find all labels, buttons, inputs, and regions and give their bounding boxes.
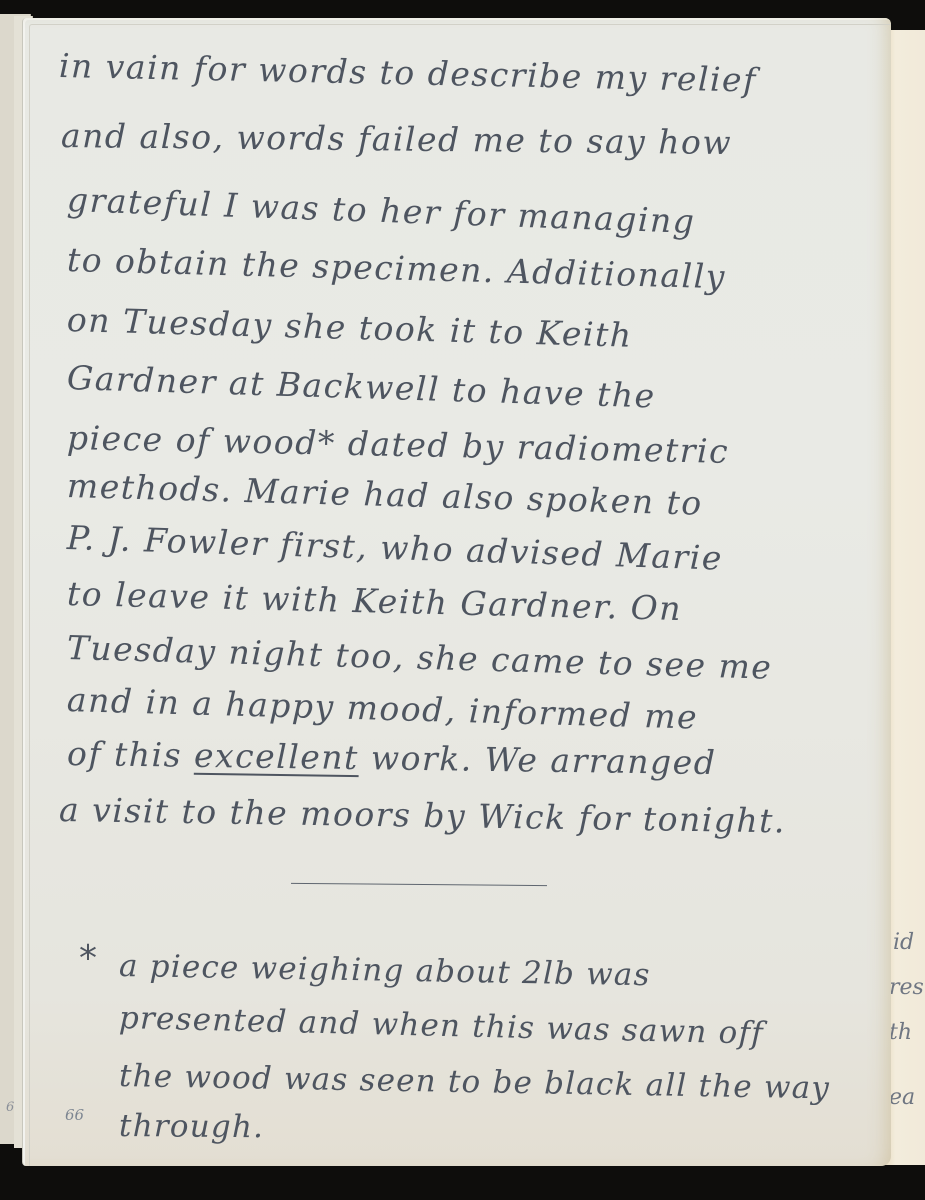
facing-page-fragment: th [889, 1020, 912, 1045]
notebook-page: in vain for words to describe my relief … [22, 18, 891, 1166]
body-line: and in a happy mood, informed me [66, 680, 698, 737]
body-line: to obtain the specimen. Additionally [66, 240, 726, 296]
body-line: Tuesday night too, she came to see me [66, 628, 772, 687]
body-line: and also, words failed me to say how [61, 116, 733, 162]
body-line: piece of wood* dated by radiometric [67, 418, 730, 471]
footnote-line: presented and when this was sawn off [119, 1000, 765, 1052]
body-line: to leave it with Keith Gardner. On [67, 574, 683, 628]
footnote-line: the wood was seen to be black all the wa… [119, 1058, 831, 1106]
body-text: of this [67, 734, 183, 775]
page-number: 66 [65, 1106, 84, 1124]
body-line: in vain for words to describe my relief [59, 46, 758, 100]
body-line: Gardner at Backwell to have the [66, 358, 656, 415]
body-line: methods. Marie had also spoken to [66, 466, 703, 523]
previous-page-number: 6 [6, 1100, 14, 1115]
footnote-line: through. [119, 1108, 264, 1145]
body-line: P. J. Fowler first, who advised Marie [66, 518, 723, 578]
body-line: of this excellent work. We arranged [67, 734, 717, 782]
facing-page-fragment: id [893, 930, 914, 955]
body-line: grateful I was to her for managing [66, 180, 696, 241]
section-divider [291, 883, 547, 886]
footnote-line: a piece weighing about 2lb was [119, 948, 651, 993]
facing-page-fragment: res [889, 975, 924, 1000]
body-text: work. We arranged [371, 738, 717, 782]
facing-page-fragment: ea [889, 1085, 915, 1110]
footnote-marker: * [79, 938, 97, 979]
body-line: on Tuesday she took it to Keith [66, 300, 633, 355]
body-line: a visit to the moors by Wick for tonight… [59, 790, 787, 840]
underlined-word: excellent [194, 736, 359, 777]
